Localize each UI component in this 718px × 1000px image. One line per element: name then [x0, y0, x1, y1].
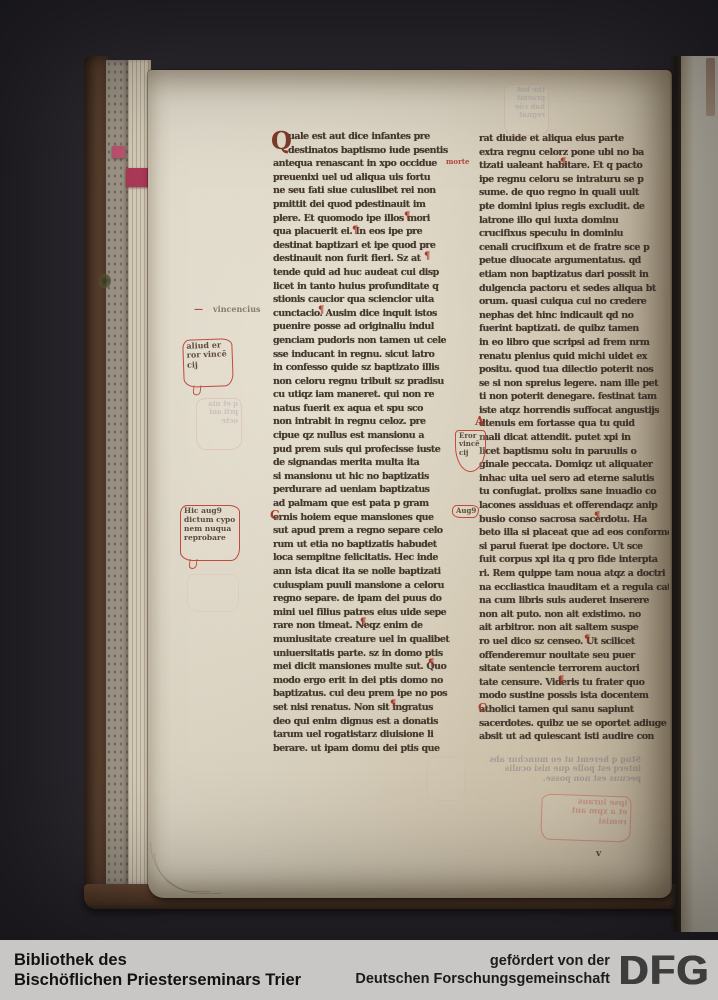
margin-note: Hic aug9dictum cyponem nuquareprobare: [180, 505, 240, 561]
manuscript-text-line: ne seu fati siue cuiuslibet rei non: [273, 184, 455, 198]
cover-stain: [99, 274, 111, 288]
manuscript-text-line: modo ergo erit in dei ptis domo no: [273, 674, 455, 688]
manuscript-text-line: orum. quasi cuiqua cui no credere: [479, 295, 669, 309]
margin-note: aliud error vincēcij: [182, 338, 234, 388]
manuscript-text-line: sacerdotes. quibz ue se oportet adiuge: [479, 717, 669, 731]
manuscript-text-line: sut apud prem a regno separe celo: [273, 524, 455, 538]
library-credit: Bibliothek des Bischöflichen Priestersem…: [14, 950, 301, 990]
manuscript-text-line: busio conso sacrosa sacerdotu. Ha: [479, 513, 669, 527]
library-credit-line2: Bischöflichen Priesterseminars Trier: [14, 970, 301, 990]
manuscript-text-line: tende quid ad huc audeat cui disp: [273, 266, 455, 280]
library-credit-line1: Bibliothek des: [14, 950, 301, 970]
margin-note: morte: [443, 157, 475, 167]
manuscript-text-line: si parui fuerat ipe doctore. Ut sce: [479, 540, 669, 554]
margin-note: [427, 757, 465, 801]
rubric-mark: ¶: [428, 659, 434, 669]
manuscript-text-line: stionis caucior qua sciencior uita: [273, 293, 455, 307]
manuscript-text-line: pte domini ipius regis excludit. de: [479, 200, 669, 214]
manuscript-text-line: uale est aut dice infantes pre: [273, 130, 455, 144]
manuscript-text-line: non celoru regnu tribuit sz pradisu: [273, 375, 455, 389]
manuscript-text-line: dtenuis em fortasse qua tu quid: [479, 417, 669, 431]
illuminated-initial: C: [270, 509, 280, 521]
manuscript-text-line: offenderemur nouitate seu puer: [479, 649, 669, 663]
manuscript-text-line: qua placuerit ei. In eos ipe pre: [273, 225, 455, 239]
manuscript-text-line: latrone illo qui iuxta dominu: [479, 214, 669, 228]
manuscript-text-line: mali dicat attendit. putet xpi in: [479, 431, 669, 445]
funding-credit: gefördert von der Deutschen Forschungsge…: [355, 947, 712, 994]
manuscript-text-line: fuit corpus xpi ita q pro fide interpta: [479, 553, 669, 567]
margin-note: vincencius: [210, 304, 282, 316]
manuscript-text-line: genciam pudoris non tamen ut cele: [273, 334, 455, 348]
book-photo: uale est aut dice infantes predestinatos…: [0, 0, 718, 940]
manuscript-text-line: sitate sentencie terrorem auctori: [479, 662, 669, 676]
margin-note: the botpraemthab cōeregnat: [504, 84, 549, 136]
rubric-mark: ¶: [352, 226, 358, 236]
manuscript-text-line: natus fuerit ex aqua et spu sco: [273, 402, 455, 416]
manuscript-text-line: ad palmam que est pata p gram: [273, 497, 455, 511]
rubric-mark: ¶: [594, 512, 600, 522]
manuscript-text-line: baptizatus. cui deu prem ipe no pos: [273, 687, 455, 701]
manuscript-text-line: positu. quod tua dilectio poterit nos: [479, 363, 669, 377]
rubric-mark: ¶: [424, 252, 430, 262]
manuscript-text-line: se si non spreius legere. nam ille pet: [479, 377, 669, 391]
manuscript-text-line: in eo libro que scripsi ad frem nrm: [479, 336, 669, 350]
manuscript-text-line: ro uel dico sz censeo. Ut scilicet: [479, 635, 669, 649]
manuscript-text-line: cipue qz nullus est mansionu a: [273, 429, 455, 443]
dfg-logo: DFG: [619, 947, 712, 994]
manuscript-text-line: ann ista dicat ita se nolle baptizati: [273, 565, 455, 579]
digitized-manuscript-scan: uale est aut dice infantes predestinatos…: [0, 0, 718, 1000]
manuscript-text-line: cenali crucifixum et de fratre sce p: [479, 241, 669, 255]
manuscript-text-line: beto illa si placeat que ad eos conforme: [479, 526, 669, 540]
manuscript-text-line: regno separe. de ipam dei puus do: [273, 592, 455, 606]
manuscript-text-line: nephas det hinc indicauit qd no: [479, 309, 669, 323]
manuscript-text-line: cu utiqz iam maneret. qui non re: [273, 388, 455, 402]
illuminated-initial: A: [475, 415, 484, 427]
manuscript-text-line: licet baptismu solu in paruulis o: [479, 445, 669, 459]
manuscript-text-line: cunctacio. Ausim dice inquit istos: [273, 307, 455, 321]
manuscript-text-line: antequa renascant in xpo occidue: [273, 157, 455, 171]
manuscript-text-line: destinatos baptismo iude psentis: [273, 144, 455, 158]
manuscript-text-line: set nisi renatus. Non sit ingratus: [273, 701, 455, 715]
manuscript-text-line: plere. Et quomodo ipe illos mori: [273, 212, 455, 226]
bookmark-tab: [126, 168, 149, 187]
manuscript-text-line: in confesso quide sz baptizato illis: [273, 361, 455, 375]
manuscript-text-line: puenire posse ad originaliu indul: [273, 320, 455, 334]
rubric-mark: ¶: [558, 676, 564, 686]
manuscript-text-line: preuenixi uel ud aliqua uis fortu: [273, 171, 455, 185]
manuscript-text-line: crucifixus speculu in dominiu: [479, 227, 669, 241]
manuscript-text-line: de signandas merita multa ita: [273, 456, 455, 470]
text-column-right: rat diuide et aliqua eius parteextra reg…: [479, 132, 669, 744]
manuscript-text-line: licet in tanto huius profunditate q: [273, 280, 455, 294]
manuscript-text-line: atholici tamen qui sanu sapiunt: [479, 703, 669, 717]
manuscript-text-line: lacones assiduas et offerendaqz anip: [479, 499, 669, 513]
manuscript-text-line: perdurare ad ueniam baptizatus: [273, 483, 455, 497]
manuscript-text-line: non intrabit in regnu celoz. pre: [273, 415, 455, 429]
manuscript-text-line: modo sustine possis ista docentem: [479, 689, 669, 703]
rubric-mark: —: [194, 306, 203, 315]
manuscript-text-line: iste atqz horrendis suffocat angustijs: [479, 404, 669, 418]
manuscript-text-line: non ait puto. non ait existimo. no: [479, 608, 669, 622]
manuscript-text-line: tarum uel rogatistarz diuisione li: [273, 728, 455, 742]
manuscript-text-line: ait arbitror. non ait saltem suspe: [479, 621, 669, 635]
manuscript-text-line: muniusitate creature uel in qualibet: [273, 633, 455, 647]
manuscript-text-line: dulgencia pactoru et sedes aliqua bt: [479, 282, 669, 296]
rubric-mark: ¶: [390, 700, 396, 710]
rubric-mark: v: [596, 850, 601, 859]
manuscript-text-line: extra regnu celorz pone ubi no ba: [479, 146, 669, 160]
margin-note: ipse iurauset a xpm autremisi: [540, 793, 632, 842]
manuscript-text-line: ginale peccata. Domiqz ut aliquater: [479, 458, 669, 472]
rubric-mark: ¶: [404, 212, 410, 222]
manuscript-text-line: na cum libris suis auderet inserere: [479, 594, 669, 608]
manuscript-text-line: inhac uita uel sero ad eterne salutis: [479, 472, 669, 486]
manuscript-text-line: etiam non baptizatus dari possit in: [479, 268, 669, 282]
rubric-mark: ¶: [560, 158, 566, 168]
margin-note: [187, 574, 239, 612]
manuscript-text-line: na eccliastica inauditam et a regula cat…: [479, 581, 669, 595]
rubric-mark: ¶: [584, 635, 590, 645]
manuscript-text-line: petue diuocate argumentatus. qd: [479, 254, 669, 268]
facing-page-sliver: [681, 56, 718, 932]
leather-cover-left-edge: [84, 56, 108, 908]
digitization-credit-banner: Bibliothek des Bischöflichen Priestersem…: [0, 940, 718, 1000]
manuscript-text-line: ipe regnu celoru se intraturu se p: [479, 173, 669, 187]
illuminated-initial: Q: [271, 129, 292, 153]
facing-page-stain: [706, 58, 715, 116]
manuscript-text-line: tizati ualeant habitare. Et q pacto: [479, 159, 669, 173]
manuscript-text-line: cuiuspiam puuli mansione a celoru: [273, 579, 455, 593]
manuscript-text-line: ti non poterit denegare. festinat tam: [479, 390, 669, 404]
manuscript-text-line: fuerint baptizati. de quibz tamen: [479, 322, 669, 336]
manuscript-text-line: rum ut etia no baptizatis habudet: [273, 538, 455, 552]
funding-credit-text: gefördert von der Deutschen Forschungsge…: [355, 952, 610, 988]
manuscript-text-line: pud prem suis qui profecisse iuste: [273, 443, 455, 457]
rubric-mark: ¶: [360, 618, 366, 628]
manuscript-text-line: loca sempitne felicitatis. Hec inde: [273, 551, 455, 565]
margin-note: q et uiaprii aniocte: [196, 398, 242, 450]
illuminated-initial: C: [478, 702, 487, 713]
manuscript-text-line: si mansionu ut hic no baptizatis: [273, 470, 455, 484]
manuscript-text-line: tate censure. Videris tu frater quo: [479, 676, 669, 690]
manuscript-text-line: ernis hoiem eque mansiones que: [273, 511, 455, 525]
manuscript-text-line: renatu plenius quid michi uidet ex: [479, 350, 669, 364]
margin-note: Aug9: [452, 505, 479, 518]
manuscript-text-line: berare. ut ipam domu dei ptis que: [273, 742, 455, 756]
manuscript-text-line: deo qui enim dignus est a donatis: [273, 715, 455, 729]
bookmark-tab: [112, 146, 125, 158]
funding-credit-line2: Deutschen Forschungsgemeinschaft: [355, 970, 610, 988]
rubric-mark: ¶: [318, 306, 324, 316]
manuscript-text-line: sume. de quo regno in quali uult: [479, 186, 669, 200]
manuscript-text-line: absit ut ad quiescant isti audire con: [479, 730, 669, 744]
manuscript-text-line: sse inducant in regnu. sicut latro: [273, 348, 455, 362]
funding-credit-line1: gefördert von der: [355, 952, 610, 970]
manuscript-text-line: ri. Rem quippe tam noua atqz a doctri: [479, 567, 669, 581]
manuscript-text-line: pmittit dei quod pdestinauit im: [273, 198, 455, 212]
manuscript-text-line: tu confugiat. prolixs sane inuadio co: [479, 485, 669, 499]
